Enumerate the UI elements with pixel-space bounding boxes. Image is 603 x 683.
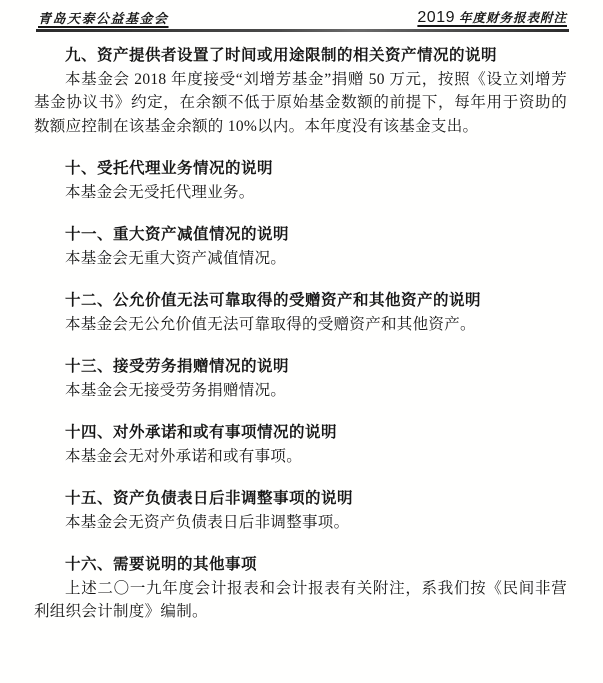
section-body: 本基金会无接受劳务捐赠情况。 [34, 379, 567, 403]
page-header: 青岛天泰公益基金会 2019 年度财务报表附注 [38, 8, 567, 27]
note-section: 十三、接受劳务捐赠情况的说明本基金会无接受劳务捐赠情况。 [34, 355, 567, 402]
header-organization-name: 青岛天泰公益基金会 [38, 8, 169, 27]
section-body: 本基金会无资产负债表日后非调整事项。 [34, 511, 567, 535]
section-heading: 十一、重大资产减值情况的说明 [34, 223, 567, 247]
section-heading: 十四、对外承诺和或有事项情况的说明 [34, 421, 567, 445]
header-report-title: 2019 年度财务报表附注 [417, 8, 567, 27]
note-section: 十、受托代理业务情况的说明本基金会无受托代理业务。 [34, 157, 567, 204]
section-body: 本基金会无对外承诺和或有事项。 [34, 445, 567, 469]
section-heading: 十五、资产负债表日后非调整事项的说明 [34, 487, 567, 511]
section-body: 本基金会无公允价值无法可靠取得的受赠资产和其他资产。 [34, 313, 567, 337]
note-section: 十四、对外承诺和或有事项情况的说明本基金会无对外承诺和或有事项。 [34, 421, 567, 468]
section-body: 本基金会无重大资产减值情况。 [34, 247, 567, 271]
section-heading: 九、资产提供者设置了时间或用途限制的相关资产情况的说明 [34, 44, 567, 68]
notes-content: 九、资产提供者设置了时间或用途限制的相关资产情况的说明本基金会 2018 年度接… [34, 44, 567, 624]
header-report-year: 2019 [417, 9, 455, 26]
section-body: 上述二〇一九年度会计报表和会计报表有关附注，系我们按《民间非营利组织会计制度》编… [34, 577, 567, 624]
section-heading: 十、受托代理业务情况的说明 [34, 157, 567, 181]
note-section: 十一、重大资产减值情况的说明本基金会无重大资产减值情况。 [34, 223, 567, 270]
document-page: 青岛天泰公益基金会 2019 年度财务报表附注 九、资产提供者设置了时间或用途限… [0, 0, 603, 683]
note-section: 十五、资产负债表日后非调整事项的说明本基金会无资产负债表日后非调整事项。 [34, 487, 567, 534]
note-section: 十二、公允价值无法可靠取得的受赠资产和其他资产的说明本基金会无公允价值无法可靠取… [34, 289, 567, 336]
section-heading: 十三、接受劳务捐赠情况的说明 [34, 355, 567, 379]
note-section: 十六、需要说明的其他事项上述二〇一九年度会计报表和会计报表有关附注，系我们按《民… [34, 553, 567, 624]
section-body: 本基金会 2018 年度接受“刘增芳基金”捐赠 50 万元，按照《设立刘增芳基金… [34, 68, 567, 139]
note-section: 九、资产提供者设置了时间或用途限制的相关资产情况的说明本基金会 2018 年度接… [34, 44, 567, 138]
header-report-label: 年度财务报表附注 [459, 11, 567, 25]
header-divider-rule [36, 29, 569, 32]
section-heading: 十六、需要说明的其他事项 [34, 553, 567, 577]
section-body: 本基金会无受托代理业务。 [34, 181, 567, 205]
section-heading: 十二、公允价值无法可靠取得的受赠资产和其他资产的说明 [34, 289, 567, 313]
